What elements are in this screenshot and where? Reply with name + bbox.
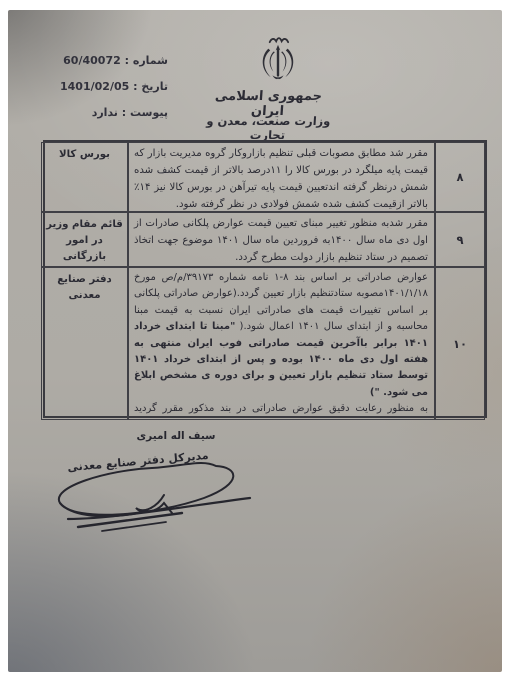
handwritten-signature xyxy=(44,457,262,539)
letter-number-value: 60/40072 xyxy=(63,54,121,67)
letter-attachment: پیوست : ندارد xyxy=(26,106,168,119)
row-9-paragraph: مقرر شدبه منظور تغییر مبنای تعیین قیمت ع… xyxy=(134,215,428,266)
row-10-text: عوارض صادراتی بر اساس بند ۸-۱ نامه شماره… xyxy=(128,267,435,420)
letter-date-value: 1401/02/05 xyxy=(60,80,129,93)
row-8-paragraph: مقرر شد مطابق مصوبات قبلی تنظیم بازاروکا… xyxy=(134,145,428,212)
letter-number-label: شماره : xyxy=(125,54,168,67)
signer-name: سیف اله امیری xyxy=(134,430,218,442)
row-10-paragraph-2: به منظور رعایت دقیق عوارض صادراتی در بند… xyxy=(134,401,428,420)
row-9-owner: قائم مقام وزیر در امور بازرگانی xyxy=(41,212,128,267)
letter-meta: شماره : 60/40072 تاریخ : 1401/02/05 پیوس… xyxy=(26,54,168,132)
row-8-number: ۸ xyxy=(435,142,485,212)
row-9-text: مقرر شدبه منظور تغییر مبنای تعیین قیمت ع… xyxy=(128,212,435,267)
letter-number: شماره : 60/40072 xyxy=(26,54,168,67)
letter-attachment-value: ندارد xyxy=(92,106,118,119)
letter-attachment-label: پیوست : xyxy=(122,106,168,119)
resolutions-table: ۸ مقرر شد مطابق مصوبات قبلی تنظیم بازارو… xyxy=(43,140,487,418)
scanned-letter-paper: شماره : 60/40072 تاریخ : 1401/02/05 پیوس… xyxy=(8,10,502,672)
letter-date-label: تاریخ : xyxy=(133,80,168,93)
row-10-text-bold: "مبنا تا ابتدای خرداد ۱۴۰۱ برابر باآخرین… xyxy=(134,321,428,398)
letter-date: تاریخ : 1401/02/05 xyxy=(26,80,168,93)
ministry-title: وزارت صنعت، معدن و تجارت xyxy=(193,114,343,142)
iran-emblem-icon xyxy=(255,35,301,87)
row-10-owner: دفتر صنایع معدنی xyxy=(41,267,128,420)
row-9-number: ۹ xyxy=(435,212,485,267)
row-8-owner: بورس کالا xyxy=(41,142,128,212)
screenshot-frame: شماره : 60/40072 تاریخ : 1401/02/05 پیوس… xyxy=(0,0,515,685)
row-8-text: مقرر شد مطابق مصوبات قبلی تنظیم بازاروکا… xyxy=(128,142,435,212)
row-10-number: ۱۰ xyxy=(435,267,485,420)
row-10-paragraph-1: عوارض صادراتی بر اساس بند ۸-۱ نامه شماره… xyxy=(134,270,428,401)
